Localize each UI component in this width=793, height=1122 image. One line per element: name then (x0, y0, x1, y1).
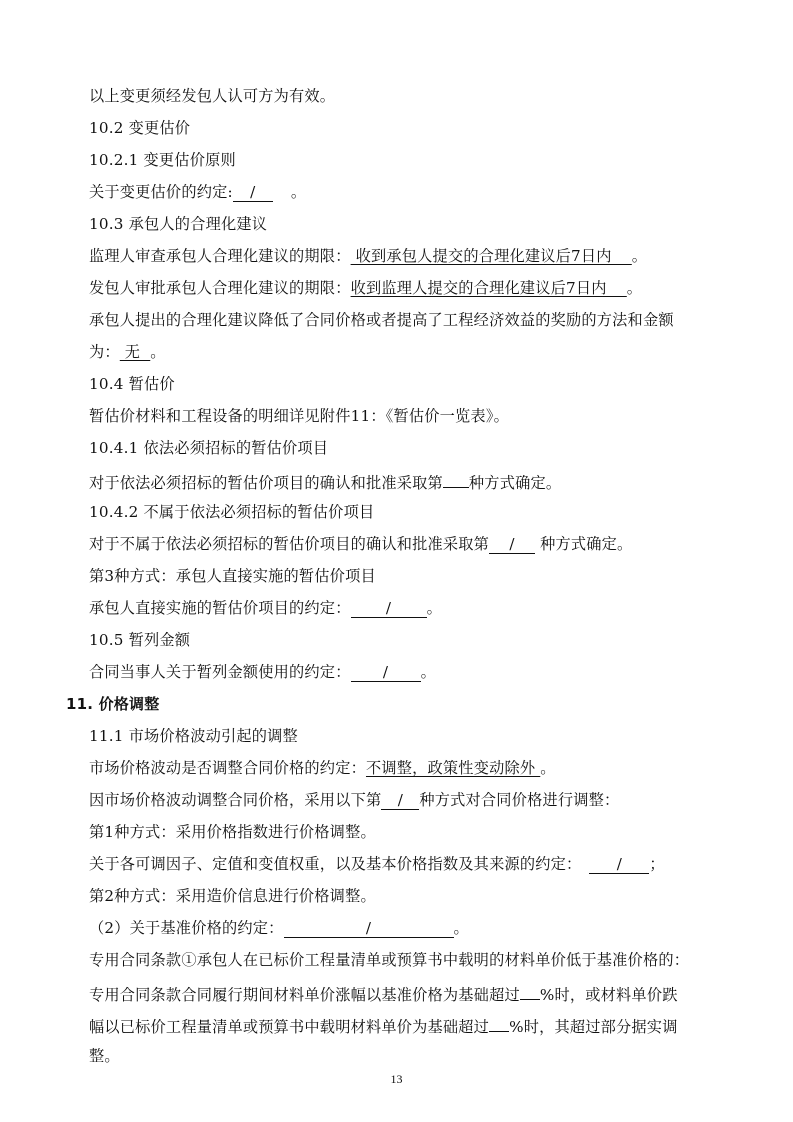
text-line: 承包人提出的合理化建议降低了合同价格或者提高了工程经济效益的奖励的方法和金额 (89, 310, 674, 330)
fill-blank[interactable]: / (381, 792, 419, 810)
section-heading-11: 11. 价格调整 (66, 694, 159, 714)
label: 对于依法必须招标的暂估价项目的确认和批准采取第 (89, 474, 443, 492)
label: （2）关于基准价格的约定： (89, 919, 284, 937)
fill-blank-percent[interactable] (520, 982, 540, 1000)
fill-blank-percent[interactable] (489, 1014, 509, 1032)
punct: 。 (540, 759, 555, 777)
label: 关于各可调因子、定值和变值权重，以及基本价格指数及其来源的约定： (89, 855, 581, 873)
text-line: 整。 (89, 1046, 120, 1066)
fill-blank[interactable]: / (351, 664, 421, 682)
section-heading-10-5: 10.5 暂列金额 (89, 630, 190, 650)
fill-blank[interactable]: / (589, 856, 649, 874)
punct: 。 (632, 247, 647, 265)
text-line: 第2种方式：采用造价信息进行价格调整。 (89, 886, 376, 906)
text-line-price-index: 关于各可调因子、定值和变值权重，以及基本价格指数及其来源的约定：/； (89, 854, 665, 874)
punct: 。 (427, 599, 442, 617)
label: 因市场价格波动调整合同价格，采用以下第 (89, 791, 381, 809)
suffix: %时，其超过部分据实调 (509, 1018, 678, 1036)
filled-value[interactable]: 无 (120, 343, 150, 361)
label: 对于不属于依法必须招标的暂估价项目的确认和批准采取第 (89, 535, 489, 553)
text-line-employer-approval: 发包人审批承包人合理化建议的期限：收到监理人提交的合理化建议后7日内 。 (89, 278, 642, 298)
section-heading-10-3: 10.3 承包人的合理化建议 (89, 214, 267, 234)
fill-blank[interactable]: / (489, 536, 535, 554)
section-heading-10-2: 10.2 变更估价 (89, 118, 190, 138)
section-heading-11-1: 11.1 市场价格波动引起的调整 (89, 726, 298, 746)
text-line-direct-implementation: 承包人直接实施的暂估价项目的约定：/。 (89, 598, 442, 618)
fill-blank[interactable]: / (284, 920, 454, 938)
suffix: %时，或材料单价跌 (540, 986, 678, 1004)
punct: 。 (627, 279, 642, 297)
text-line: 第1种方式：采用价格指数进行价格调整。 (89, 822, 376, 842)
text-line-non-tender-method: 对于不属于依法必须招标的暂估价项目的确认和批准采取第/ 种方式确定。 (89, 534, 632, 554)
suffix: 种方式确定。 (469, 474, 561, 492)
filled-value[interactable]: 不调整，政策性变动除外 (366, 759, 540, 777)
filled-value[interactable]: 收到监理人提交的合理化建议后7日内 (351, 279, 627, 297)
label: 监理人审查承包人合理化建议的期限： (89, 247, 351, 265)
label: 关于变更估价的约定: (89, 183, 233, 201)
punct: 。 (150, 343, 165, 361)
suffix: 种方式对合同价格进行调整： (419, 791, 619, 809)
label: 幅以已标价工程量清单或预算书中载明材料单价为基础超过 (89, 1018, 489, 1036)
label: 为： (89, 343, 120, 361)
section-heading-10-4-2: 10.4.2 不属于依法必须招标的暂估价项目 (89, 502, 374, 522)
punct: 。 (421, 663, 436, 681)
suffix: 种方式确定。 (535, 535, 632, 553)
filled-value[interactable]: 收到承包人提交的合理化建议后7日内 (351, 247, 632, 265)
fill-blank[interactable]: / (351, 600, 427, 618)
label: 市场价格波动是否调整合同价格的约定： (89, 759, 366, 777)
text-line: 专用合同条款①承包人在已标价工程量清单或预算书中载明的材料单价低于基准价格的： (89, 950, 689, 970)
text-line-increase-threshold: 专用合同条款合同履行期间材料单价涨幅以基准价格为基础超过%时，或材料单价跌 (89, 982, 678, 1005)
section-heading-10-4-1: 10.4.1 依法必须招标的暂估价项目 (89, 438, 328, 458)
text-line: 暂估价材料和工程设备的明细详见附件11：《暂估价一览表》。 (89, 406, 509, 426)
label: 专用合同条款合同履行期间材料单价涨幅以基准价格为基础超过 (89, 986, 520, 1004)
text-line-change-valuation: 关于变更估价的约定:/。 (89, 182, 306, 202)
text-line-decrease-threshold: 幅以已标价工程量清单或预算书中载明材料单价为基础超过%时，其超过部分据实调 (89, 1014, 678, 1037)
text-line-tender-method: 对于依法必须招标的暂估价项目的确认和批准采取第种方式确定。 (89, 470, 561, 493)
label: 承包人直接实施的暂估价项目的约定： (89, 599, 351, 617)
text-line: 以上变更须经发包人认可方为有效。 (89, 86, 335, 106)
text-line: 第3种方式：承包人直接实施的暂估价项目 (89, 566, 376, 586)
label: 合同当事人关于暂列金额使用的约定： (89, 663, 351, 681)
text-line-reward: 为： 无 。 (89, 342, 166, 362)
fill-blank[interactable]: / (233, 184, 273, 202)
text-line-adjustment-method: 因市场价格波动调整合同价格，采用以下第/种方式对合同价格进行调整： (89, 790, 619, 810)
section-heading-10-2-1: 10.2.1 变更估价原则 (89, 150, 236, 170)
document-page: 以上变更须经发包人认可方为有效。 10.2 变更估价 10.2.1 变更估价原则… (0, 0, 793, 1122)
label: 发包人审批承包人合理化建议的期限： (89, 279, 351, 297)
text-line-market-adjustment: 市场价格波动是否调整合同价格的约定：不调整，政策性变动除外 。 (89, 758, 556, 778)
punct: ； (649, 855, 664, 873)
text-line-base-price: （2）关于基准价格的约定：/。 (89, 918, 469, 938)
page-number: 13 (0, 1072, 793, 1087)
punct: 。 (291, 183, 306, 201)
text-line-supervisor-review: 监理人审查承包人合理化建议的期限： 收到承包人提交的合理化建议后7日内 。 (89, 246, 647, 266)
text-line-provisional-sum: 合同当事人关于暂列金额使用的约定：/。 (89, 662, 436, 682)
fill-blank[interactable] (443, 470, 469, 488)
section-heading-10-4: 10.4 暂估价 (89, 374, 175, 394)
punct: 。 (454, 919, 469, 937)
